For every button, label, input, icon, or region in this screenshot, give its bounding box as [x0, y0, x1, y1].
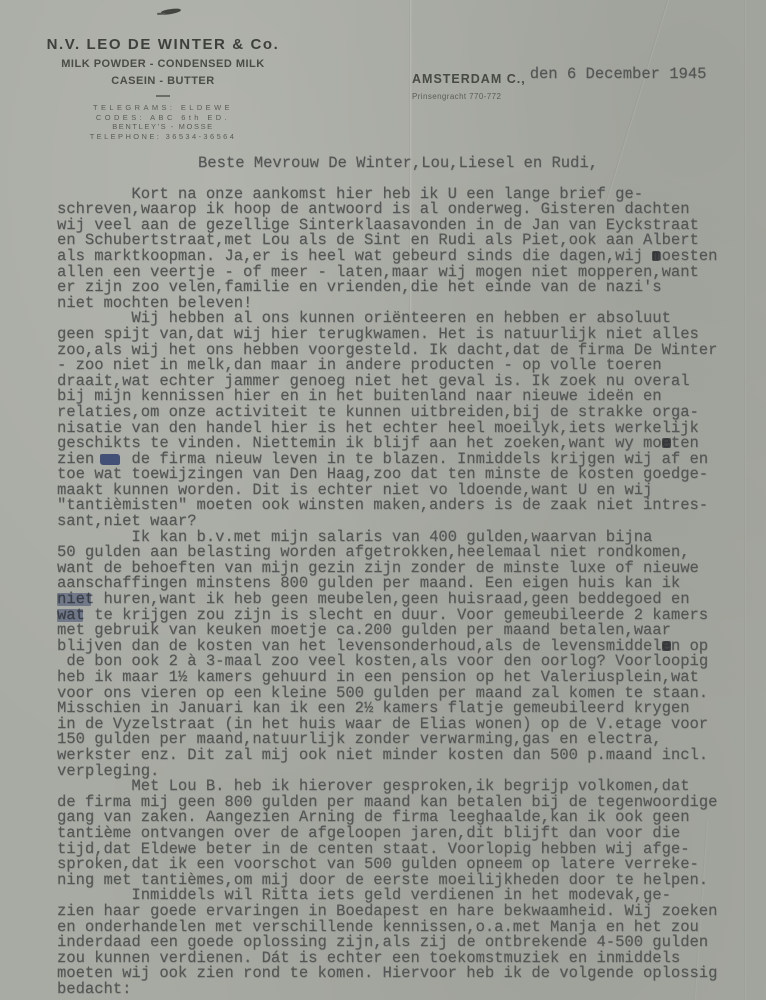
- letterhead-divider: [156, 95, 170, 97]
- paragraph-text: Inmiddels wil Ritta iets geld verdienen …: [57, 888, 758, 997]
- letterhead-right-block: AMSTERDAM C.,den 6 December 1945 Prinsen…: [412, 70, 706, 101]
- typewriter-overstrike-mark: [662, 438, 671, 448]
- paragraph-1: Kort na onze aankomst hier heb ik U een …: [57, 187, 758, 312]
- paragraph-text: Kort na onze aankomst hier heb ik U een …: [57, 187, 758, 312]
- letter-body: Kort na onze aankomst hier heb ik U een …: [57, 187, 758, 998]
- blue-ink-emphasis-niet: [57, 593, 91, 606]
- telegrams-line: TELEGRAMS: ELDEWE: [46, 103, 280, 113]
- paragraph-5: Inmiddels wil Ritta iets geld verdienen …: [57, 888, 758, 997]
- paragraph-text: Wij hebben al ons kunnen oriënteeren en …: [57, 311, 758, 529]
- telephone-line: TELEPHONE: 36534-36564: [46, 132, 280, 142]
- paragraph-4: Met Lou B. heb ik hierover gesproken,ik …: [57, 779, 758, 888]
- product-line-2: CASEIN - BUTTER: [46, 75, 280, 87]
- blue-ink-scribble-mark: [100, 454, 120, 465]
- typewriter-overstrike-mark: [662, 641, 671, 651]
- product-line-1: MILK POWDER - CONDENSED MILK: [46, 58, 280, 70]
- bentley-line: BENTLEY'S - MOSSE: [46, 122, 280, 132]
- city-name: AMSTERDAM C.,: [412, 72, 526, 86]
- paragraph-text: Ik kan b.v.met mijn salaris van 400 guld…: [57, 530, 758, 780]
- codes-line: CODES: ABC 6th ED.: [46, 113, 280, 123]
- street-address: Prinsengracht 770-772: [412, 92, 706, 101]
- letter-page: N.V. LEO DE WINTER & Co. MILK POWDER - C…: [0, 0, 766, 1000]
- letterhead: N.V. LEO DE WINTER & Co. MILK POWDER - C…: [0, 30, 766, 142]
- letterhead-left-block: N.V. LEO DE WINTER & Co. MILK POWDER - C…: [46, 36, 280, 141]
- paragraph-3: Ik kan b.v.met mijn salaris van 400 guld…: [57, 530, 758, 780]
- company-name: N.V. LEO DE WINTER & Co.: [46, 36, 280, 53]
- pen-smudge-mark: [161, 7, 182, 15]
- paragraph-text: Met Lou B. heb ik hierover gesproken,ik …: [57, 779, 758, 888]
- paragraph-2: Wij hebben al ons kunnen oriënteeren en …: [57, 311, 758, 529]
- letterhead-codes-block: TELEGRAMS: ELDEWE CODES: ABC 6th ED. BEN…: [46, 103, 280, 141]
- blue-ink-emphasis-wat: [57, 609, 83, 622]
- salutation: Beste Mevrouw De Winter,Lou,Liesel en Ru…: [198, 156, 766, 172]
- typewriter-overstrike-mark: [652, 251, 660, 261]
- typed-date: den 6 December 1945: [530, 65, 707, 83]
